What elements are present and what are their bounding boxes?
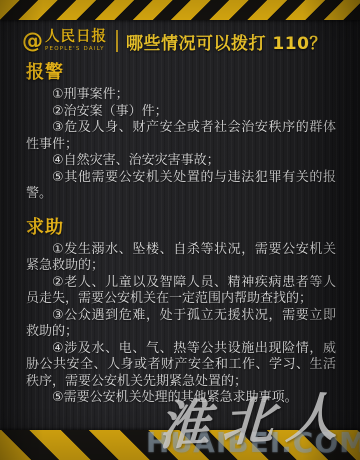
- infographic-poster: @ 人民日报 PEOPLE'S DAILY 哪些情况可以拨打 110？ 报警 ①…: [0, 0, 360, 460]
- list-item: ③公众遇到危难，处于孤立无援状况，需要立即救助的；: [26, 308, 336, 341]
- section-report-to-police: 报警 ①刑事案件； ②治安案（事）件； ③危及人身、财产安全或者社会治安秩序的群…: [26, 62, 336, 203]
- huaibei-brand-watermark: 淮北人: [157, 391, 351, 453]
- at-icon: @: [22, 31, 43, 52]
- section-seek-help: 求助 ①发生溺水、坠楼、自杀等状况，需要公安机关紧急救助的； ②老人、儿童以及智…: [26, 217, 336, 407]
- list-item: ①刑事案件；: [26, 87, 336, 104]
- header-divider: [116, 30, 118, 52]
- list-item: ③危及人身、财产安全或者社会治安秩序的群体性事件；: [26, 120, 336, 153]
- page-title: 哪些情况可以拨打 110？: [126, 29, 327, 54]
- section-heading: 报警: [26, 62, 336, 83]
- list-item: ①发生溺水、坠楼、自杀等状况，需要公安机关紧急救助的；: [26, 242, 336, 275]
- header: @ 人民日报 PEOPLE'S DAILY 哪些情况可以拨打 110？: [22, 24, 354, 58]
- list-item: ④自然灾害、治安灾害事故；: [26, 153, 336, 170]
- logo-name: 人民日报: [45, 30, 107, 45]
- logo-subtitle: PEOPLE'S DAILY: [45, 47, 107, 53]
- hazard-stripe-top: [0, 0, 360, 20]
- list-item: ⑤其他需要公安机关处置的与违法犯罪有关的报警。: [26, 170, 336, 203]
- peoples-daily-logo: @ 人民日报 PEOPLE'S DAILY: [22, 30, 107, 52]
- list-item: ②老人、儿童以及智障人员、精神疾病患者等人员走失，需要公安机关在一定范围内帮助查…: [26, 275, 336, 308]
- list-item: ④涉及水、电、气、热等公共设施出现险情，威胁公共安全、人身或者财产安全和工作、学…: [26, 341, 336, 391]
- section-heading: 求助: [26, 217, 336, 238]
- logo-text: 人民日报 PEOPLE'S DAILY: [45, 30, 107, 52]
- list-item: ②治安案（事）件；: [26, 104, 336, 121]
- content: 报警 ①刑事案件； ②治安案（事）件； ③危及人身、财产安全或者社会治安秩序的群…: [26, 62, 336, 407]
